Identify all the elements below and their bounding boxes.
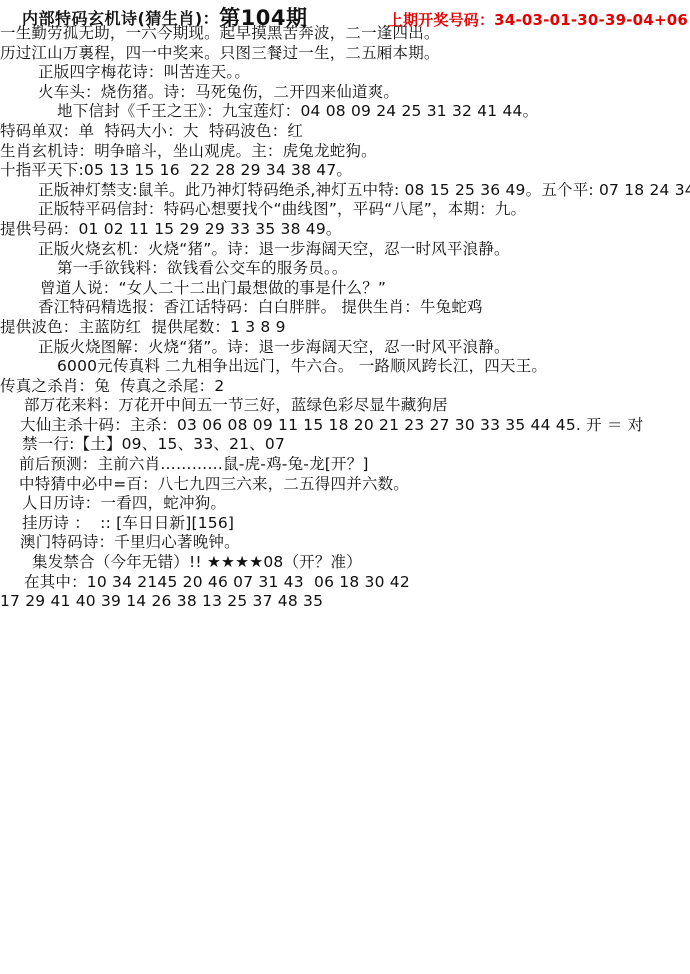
text-line: 人日历诗：一看四，蛇冲狗。 — [0, 494, 690, 514]
text-line: 前后预测：主前六肖…………鼠-虎-鸡-兔-龙[开？] — [0, 455, 690, 475]
text-line: 特码单双：单 特码大小：大 特码波色：红 — [0, 122, 690, 142]
text-line: 历过江山万裏程，四一中奖来。只图三餐过一生，二五厢本期。 — [0, 44, 690, 64]
text-line: 提供号码：01 02 11 15 29 29 33 35 38 49。 — [0, 220, 690, 240]
content-lines: 一生勤劳孤无助，一六今期现。起早摸黑苦奔波，二一逢四出。历过江山万裏程，四一中奖… — [0, 24, 690, 612]
text-line: 传真之杀肖：兔 传真之杀尾：2 — [0, 377, 690, 397]
text-line: 正版神灯禁支:鼠羊。此乃神灯特码绝杀,神灯五中特: 08 15 25 36 49… — [0, 181, 690, 201]
text-line: 正版火烧玄机：火烧“猪”。诗：退一步海阔天空，忍一时风平浪静。 — [0, 240, 690, 260]
text-line: 火车头：烧伤猪。诗：马死兔伤，二开四来仙道爽。 — [0, 83, 690, 103]
text-line: 部万花来料：万花开中间五一节三好，蓝绿色彩尽显牛藏狗居 — [0, 396, 690, 416]
text-line: 十指平天下:05 13 15 16 22 28 29 34 38 47。 — [0, 161, 690, 181]
text-line: 6000元传真料 二九相争出远门，牛六合。 一路顺风跨长江，四天王。 — [0, 357, 690, 377]
text-line: 正版火烧图解：火烧“猪”。诗：退一步海阔天空，忍一时风平浪静。 — [0, 338, 690, 358]
text-line: 挂历诗 ： :: [车日日新][156] — [0, 514, 690, 534]
text-line: 在其中：10 34 2145 20 46 07 31 43 06 18 30 4… — [0, 573, 690, 593]
lottery-tip-sheet: 内部特码玄机诗(猜生肖)：第104期 上期开奖号码：34-03-01-30-39… — [0, 0, 690, 974]
text-line: 提供波色：主蓝防红 提供尾数：1 3 8 9 — [0, 318, 690, 338]
text-line: 17 29 41 40 39 14 26 38 13 25 37 48 35 — [0, 592, 690, 612]
text-line: 第一手欲钱料：欲钱看公交车的服务员。。 — [0, 259, 690, 279]
text-line: 禁一行:【土】09、15、33、21、07 — [0, 435, 690, 455]
text-line: 正版四字梅花诗：叫苦连天。。 — [0, 63, 690, 83]
text-line: 香江特码精选报：香江话特码：白白胖胖。 提供生肖：牛兔蛇鸡 — [0, 298, 690, 318]
text-line: 中特猜中必中=百：八七九四三六来，二五得四并六数。 — [0, 475, 690, 495]
text-line: 地下信封《千王之王》：九宝莲灯：04 08 09 24 25 31 32 41 … — [0, 102, 690, 122]
text-line: 一生勤劳孤无助，一六今期现。起早摸黑苦奔波，二一逢四出。 — [0, 24, 690, 44]
text-line: 正版特平码信封：特码心想要找个“曲线图”，平码“八尾”，本期：九。 — [0, 200, 690, 220]
text-line: 集发禁合（今年无错）!! ★★★★08（开？准） — [0, 553, 690, 573]
text-line: 生肖玄机诗：明争暗斗，坐山观虎。主：虎兔龙蛇狗。 — [0, 142, 690, 162]
text-line: 大仙主杀十码：主杀：03 06 08 09 11 15 18 20 21 23 … — [0, 416, 690, 436]
text-line: 澳门特码诗：千里归心著晚钟。 — [0, 533, 690, 553]
text-line: 曾道人说：“女人二十二出门最想做的事是什么？” — [0, 279, 690, 299]
